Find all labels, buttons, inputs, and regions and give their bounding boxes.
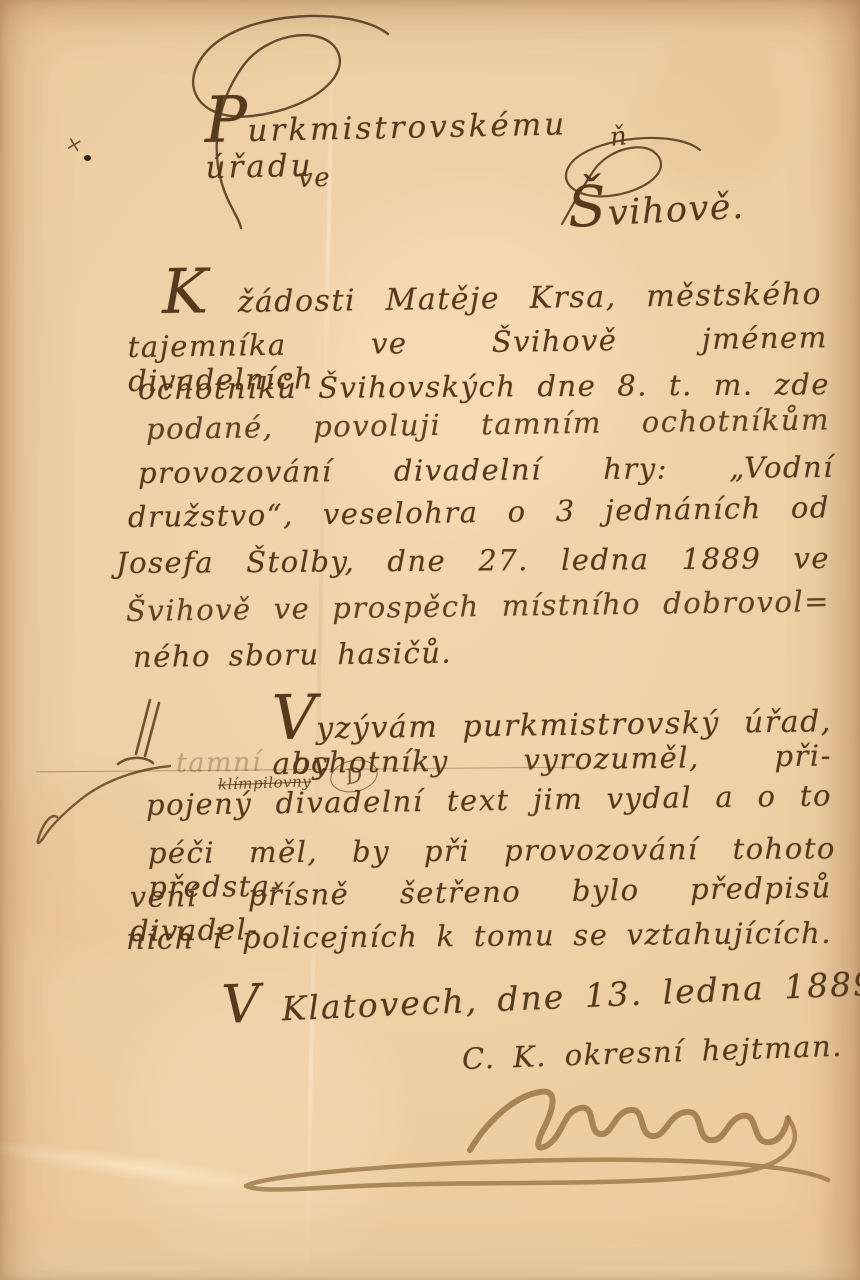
signature-flourish [0, 0, 860, 1280]
document-page: ⨯ ň Purkmistrovskému úřadu ve Švihově. K… [0, 0, 860, 1280]
